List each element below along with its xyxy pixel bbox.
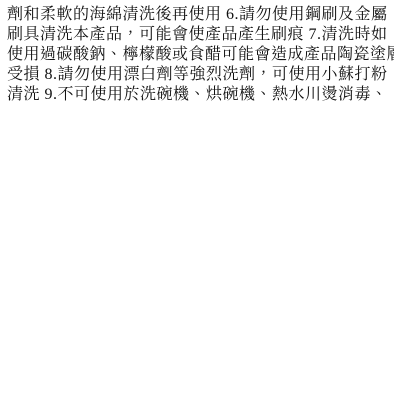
page: { "page": { "background_color": "#ffffff… <box>0 0 394 394</box>
text-line-2: 刷具清洗本產品，可能會使產品產生刷痕 7.清洗時如 <box>7 25 389 45</box>
text-line-5: 清洗 9.不可使用於洗碗機、烘碗機、熱水川燙消毒、 <box>7 85 389 105</box>
text-line-4: 受損 8.請勿使用漂白劑等強烈洗劑，可使用小蘇打粉 <box>7 65 389 85</box>
care-instructions-text: 劑和柔軟的海綿清洗後再使用 6.請勿使用鋼刷及金屬 刷具清洗本產品，可能會使產品… <box>7 5 389 105</box>
text-line-1: 劑和柔軟的海綿清洗後再使用 6.請勿使用鋼刷及金屬 <box>7 5 389 25</box>
text-line-3: 使用過碳酸鈉、檸檬酸或食醋可能會造成產品陶瓷塗層 <box>7 45 389 65</box>
